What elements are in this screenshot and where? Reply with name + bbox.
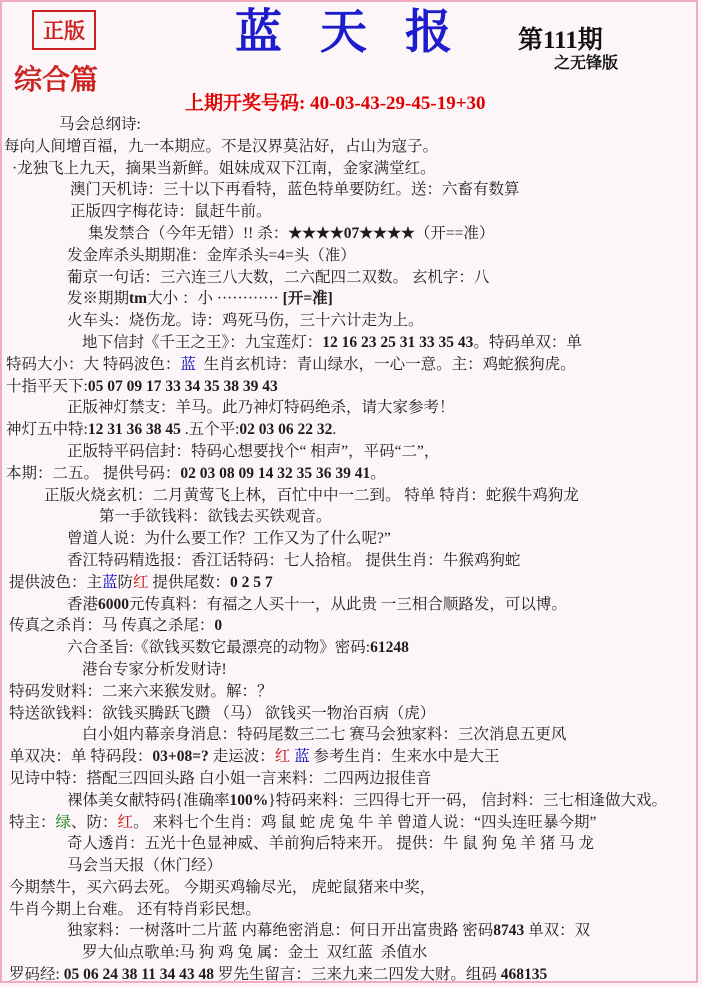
body-line: 曾道人说：为什么要工作？工作又为了什么呢?” [4,528,696,550]
authentic-badge: 正版 [32,10,96,50]
body-line: 葡京一句话：三六连三八大数，二六配四二双数。 玄机字：八 [4,267,696,289]
body-line: 港台专家分析发财诗! [4,659,696,681]
body-line: 提供波色：主蓝防红 提供尾数：0 2 5 7 [4,572,696,594]
body-line: 裸体美女献特码{准确率100%}特码来料：三四得七开一码， 信封料：三七相逢做大… [4,790,696,812]
body-line: 十指平天下:05 07 09 17 33 34 35 38 39 43 [4,376,696,398]
body-line: 传真之杀肖：马 传真之杀尾：0 [4,615,696,637]
last-draw-numbers: 40-03-43-29-45-19+30 [310,93,485,114]
body-line: 马会总纲诗: [4,114,696,136]
body-line: 特码发财料：二来六来猴发财。解：？ [4,681,696,703]
body-line: 正版四字梅花诗：鼠赶牛前。 [4,201,696,223]
body-text: 马会总纲诗:每向人间增百福，九一本期应。不是汉界莫沾好，占山为寇子。·龙独飞上九… [4,114,696,986]
body-line: 发※期期tm大小 ：小 ············ [开=准] [4,288,696,310]
body-line: 本期：二五。 提供号码：02 03 08 09 14 32 35 36 39 4… [4,463,696,485]
newspaper-page: 正版 蓝天报 第111期 之无锋版 综合篇 上期开奖号码: 40-03-43-2… [0,0,698,983]
body-line: 第一手欲钱料：欲钱去买铁观音。 [4,506,696,528]
page-title: 蓝天报 [235,8,490,60]
body-line: 正版火烧玄机：二月黄莺飞上林，百忙中中一二到。 特单 特肖：蛇猴牛鸡狗龙 [4,485,696,507]
last-draw-line: 上期开奖号码: 40-03-43-29-45-19+30 [185,88,486,115]
body-line: 发金库杀头期期准：金库杀头=4=头（准） [4,245,696,267]
body-line: 马会当天报（休门经） [4,855,696,877]
section-title: 综合篇 [14,58,98,98]
body-line: 独家料：一树落叶二片蓝 内幕绝密消息：何日开出富贵路 密码8743 单双：双 [4,920,696,942]
body-line: 正版特平码信封：特码心想要找个“ 相声”，平码“二”， [4,441,696,463]
last-draw-label: 上期开奖号码: [185,93,310,114]
body-line: 香港6000元传真料：有福之人买十一，从此贵 一三相合顺路发，可以博。 [4,594,696,616]
body-line: 集发禁合（今年无错）!! 杀：★★★★07★★★★（开==准） [4,223,696,245]
body-line: 今期禁牛，买六码去死。 今期买鸡输尽光， 虎蛇鼠猪来中奖， [4,877,696,899]
body-line: 奇人透肖：五光十色显神威、羊前狗后特来开。 提供：牛 鼠 狗 兔 羊 猪 马 龙 [4,833,696,855]
body-line: 特送欲钱料：欲钱买腾跃飞躜 （马） 欲钱买一物治百病（虎） [4,703,696,725]
body-line: 澳门天机诗：三十以下再看特，蓝色特单要防红。送：六畜有数算 [4,179,696,201]
edition-name: 之无锋版 [554,50,618,73]
body-line: 罗码经: 05 06 24 38 11 34 43 48 罗先生留言：三来九来二… [4,964,696,986]
body-line: 白小姐内幕亲身消息：特码尾数三二七 赛马会独家料：三次消息五更风 [4,724,696,746]
body-line: 正版神灯禁支：羊马。此乃神灯特码绝杀，请大家参考！ [4,397,696,419]
body-line: 香江特码精选报：香江话特码：七人拾棺。 提供生肖：牛猴鸡狗蛇 [4,550,696,572]
body-line: 见诗中特：搭配三四回头路 白小姐一言来料：二四两边报佳音 [4,768,696,790]
body-line: 神灯五中特:12 31 36 38 45 .五个平:02 03 06 22 32… [4,419,696,441]
body-line: 每向人间增百福，九一本期应。不是汉界莫沾好，占山为寇子。 [4,136,696,158]
body-line: 单双决：单 特码段：03+08=? 走运波：红 蓝 参考生肖：生来水中是大王 [4,746,696,768]
body-line: 罗大仙点歌单:马 狗 鸡 兔 属：金土 双红蓝 杀值水 [4,942,696,964]
body-line: ·龙独飞上九天，摘果当新鲜。姐妹成双下江南，金家满堂红。 [4,158,696,180]
body-line: 地下信封《千王之王》：九宝莲灯：12 16 23 25 31 33 35 43。… [4,332,696,354]
body-line: 特码大小：大 特码波色：蓝 生肖玄机诗：青山绿水，一心一意。主：鸡蛇猴狗虎。 [4,354,696,376]
body-line: 六合圣旨:《欲钱买数它最漂亮的动物》密码:61248 [4,637,696,659]
body-line: 火车头：烧伤龙。诗：鸡死马伤，三十六计走为上。 [4,310,696,332]
body-line: 特主：绿、防：红。 来料七个生肖：鸡 鼠 蛇 虎 兔 牛 羊 曾道人说：“四头连… [4,812,696,834]
body-line: 牛肖今期上台难。 还有特肖彩民想。 [4,899,696,921]
